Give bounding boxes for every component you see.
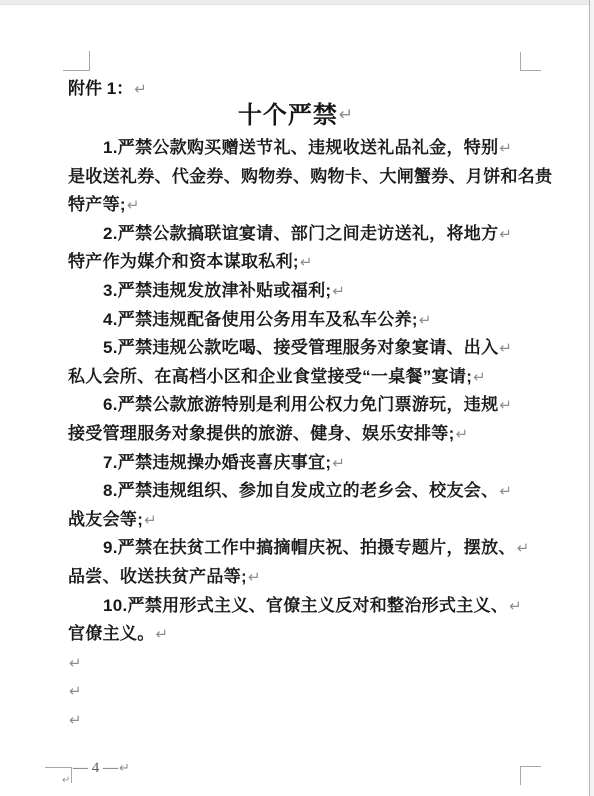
- footer-paragraph-mark-icon: ↵: [62, 775, 70, 786]
- paragraph-mark-icon: ↵: [331, 454, 345, 472]
- paragraph-mark-icon: ↵: [247, 568, 261, 586]
- body-line: 2.严禁公款搞联谊宴请、部门之间走访送礼，将地方↵: [68, 220, 538, 249]
- line-text: 是收送礼券、代金券、购物券、购物卡、大闸蟹券、月饼和名贵: [68, 167, 552, 186]
- paragraph-mark-icon: ↵: [331, 282, 345, 300]
- line-text: 特产等;: [68, 195, 126, 214]
- page-edge: [589, 0, 594, 796]
- body-line: 9.严禁在扶贫工作中搞摘帽庆祝、拍摄专题片，摆放、↵: [68, 534, 538, 563]
- page-title: 十个严禁↵: [68, 95, 523, 130]
- body-line: 5.严禁违规公款吃喝、接受管理服务对象宴请、出入↵: [68, 334, 538, 363]
- body-line: 1.严禁公款购买赠送节礼、违规收送礼品礼金，特别↵: [68, 134, 538, 163]
- paragraph-mark-icon: ↵: [498, 396, 512, 414]
- body-line: 特产等;↵: [68, 191, 538, 220]
- footer-page-number: — 4 —↵: [73, 760, 130, 777]
- crop-mark-top-left-icon: [63, 51, 90, 71]
- empty-paragraph: ↵: [68, 677, 538, 706]
- paragraph-mark-icon: ↵: [418, 311, 432, 329]
- paragraph-mark-icon: ↵: [143, 511, 157, 529]
- body-line: 6.严禁公款旅游特别是利用公权力免门票游玩，违规↵: [68, 391, 538, 420]
- paragraph-mark-icon: ↵: [68, 711, 82, 729]
- paragraph-mark-icon: ↵: [498, 139, 512, 157]
- page-number-text: — 4 —: [73, 760, 118, 776]
- line-text: 10.严禁用形式主义、官僚主义反对和整治形式主义、: [103, 596, 508, 615]
- paragraph-mark-icon: ↵: [498, 225, 512, 243]
- line-text: 品尝、收送扶贫产品等;: [68, 567, 247, 586]
- line-text: 6.严禁公款旅游特别是利用公权力免门票游玩，违规: [103, 395, 498, 414]
- body-line: 7.严禁违规操办婚丧喜庆事宜;↵: [68, 449, 538, 478]
- paragraph-mark-icon: ↵: [126, 196, 140, 214]
- line-text: 2.严禁公款搞联谊宴请、部门之间走访送礼，将地方: [103, 224, 498, 243]
- line-text: 战友会等;: [68, 510, 143, 529]
- body-line: 接受管理服务对象提供的旅游、健身、娱乐安排等;↵: [68, 420, 538, 449]
- line-text: 接受管理服务对象提供的旅游、健身、娱乐安排等;: [68, 424, 455, 443]
- body-line: 8.严禁违规组织、参加自发成立的老乡会、校友会、↵: [68, 477, 538, 506]
- empty-paragraph: ↵: [68, 649, 538, 678]
- document-page: { "symbols": { "return_mark": "↵" }, "do…: [0, 0, 594, 796]
- paragraph-mark-icon: ↵: [68, 682, 82, 700]
- body-line: 10.严禁用形式主义、官僚主义反对和整治形式主义、↵: [68, 592, 538, 621]
- paragraph-mark-icon: ↵: [338, 105, 353, 125]
- body-line: 3.严禁违规发放津补贴或福利;↵: [68, 277, 538, 306]
- crop-mark-bottom-right-icon: [520, 766, 541, 785]
- body-line: 战友会等;↵: [68, 506, 538, 535]
- title-text: 十个严禁: [238, 103, 338, 129]
- empty-paragraph: ↵: [68, 706, 538, 735]
- paragraph-mark-icon: ↵: [472, 368, 486, 386]
- line-text: 1.严禁公款购买赠送节礼、违规收送礼品礼金，特别: [103, 138, 498, 157]
- body-line: 官僚主义。↵: [68, 620, 538, 649]
- paragraph-mark-icon: [552, 168, 553, 186]
- line-text: 8.严禁违规组织、参加自发成立的老乡会、校友会、: [103, 481, 498, 500]
- crop-mark-top-right-icon: [520, 52, 541, 71]
- line-text: 5.严禁违规公款吃喝、接受管理服务对象宴请、出入: [103, 338, 498, 357]
- line-text: 7.严禁违规操办婚丧喜庆事宜;: [103, 453, 331, 472]
- line-text: 特产作为媒介和资本谋取私利;: [68, 252, 299, 271]
- page-gap-strip: [0, 0, 594, 5]
- line-text: 9.严禁在扶贫工作中搞摘帽庆祝、拍摄专题片，摆放、: [103, 538, 516, 557]
- paragraph-mark-icon: ↵: [118, 761, 130, 776]
- paragraph-mark-icon: ↵: [498, 482, 512, 500]
- paragraph-mark-icon: ↵: [68, 654, 82, 672]
- paragraph-mark-icon: ↵: [508, 597, 522, 615]
- paragraph-mark-icon: ↵: [455, 425, 469, 443]
- line-text: 官僚主义。: [68, 624, 155, 643]
- body-line: 4.严禁违规配备使用公务用车及私车公养;↵: [68, 306, 538, 335]
- paragraph-mark-icon: ↵: [498, 339, 512, 357]
- paragraph-mark-icon: ↵: [155, 625, 169, 643]
- paragraph-mark-icon: ↵: [516, 539, 530, 557]
- document-body: 1.严禁公款购买赠送节礼、违规收送礼品礼金，特别↵ 是收送礼券、代金券、购物券、…: [68, 134, 538, 734]
- line-text: 4.严禁违规配备使用公务用车及私车公养;: [103, 310, 418, 329]
- body-line: 品尝、收送扶贫产品等;↵: [68, 563, 538, 592]
- paragraph-mark-icon: ↵: [299, 253, 313, 271]
- line-text: 私人会所、在高档小区和企业食堂接受“一桌餐”宴请;: [68, 367, 472, 386]
- body-line: 特产作为媒介和资本谋取私利;↵: [68, 248, 538, 277]
- body-line: 是收送礼券、代金券、购物券、购物卡、大闸蟹券、月饼和名贵: [68, 163, 538, 192]
- body-line: 私人会所、在高档小区和企业食堂接受“一桌餐”宴请;↵: [68, 363, 538, 392]
- line-text: 3.严禁违规发放津补贴或福利;: [103, 281, 331, 300]
